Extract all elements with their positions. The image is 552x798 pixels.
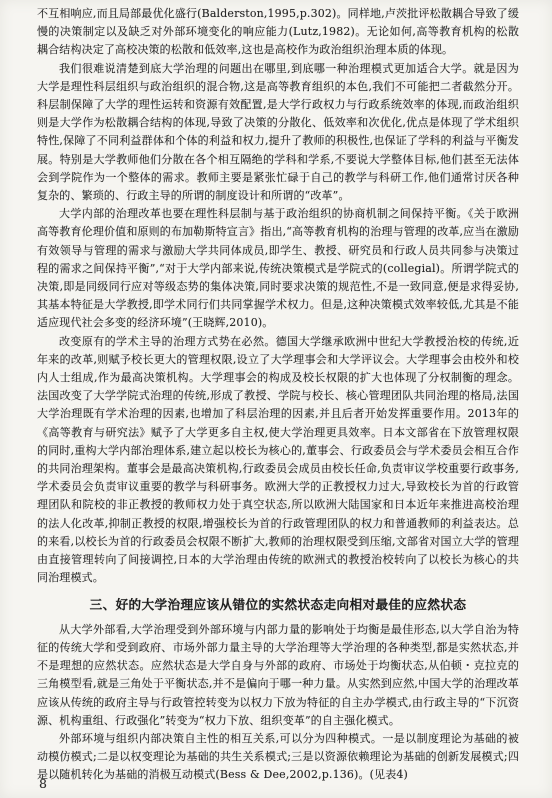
paragraph: 改变原有的学术主导的治理方式势在必然。德国大学继承欧洲中世纪大学教授治校的传统,… [37, 333, 519, 588]
page-body: 不互相响应,而且局部最优化盛行(Balderston,1995,p.302)。同… [37, 5, 519, 785]
paragraph: 我们很难说清楚到底大学治理的问题出在哪里,到底哪一种治理模式更加适合大学。就是因… [37, 60, 519, 206]
scanned-page: 不互相响应,而且局部最优化盛行(Balderston,1995,p.302)。同… [0, 0, 552, 798]
paragraph: 从大学外部看,大学治理受到外部环境与内部力量的影响处于均衡是最佳形态,以大学自治… [37, 621, 519, 730]
paragraph-continuation: 不互相响应,而且局部最优化盛行(Balderston,1995,p.302)。同… [37, 5, 519, 60]
page-number: 8 [39, 776, 47, 791]
paragraph: 外部环境与组织内部决策自主性的相互关系,可以分为四种模式。一是以制度理论为基础的… [37, 730, 519, 785]
paragraph: 大学内部的治理改革也要在理性科层制与基于政治组织的协商机制之间保持平衡。《关于欧… [37, 205, 519, 332]
section-heading: 三、好的大学治理应该从错位的实然状态走向相对最佳的应然状态 [37, 596, 519, 614]
